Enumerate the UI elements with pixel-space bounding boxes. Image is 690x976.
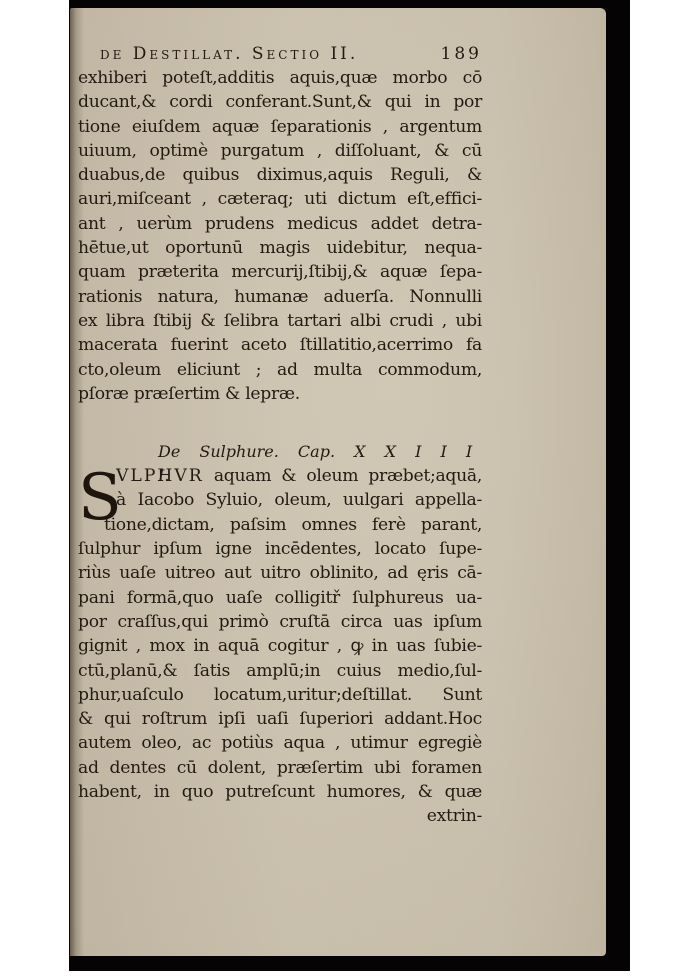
drop-cap: S: [78, 466, 122, 530]
text-line: duabus,de quibus diximus,aquis Reguli, &: [78, 163, 482, 187]
text-line: quam præterita mercurij,ſtibij,& aquæ ſe…: [78, 260, 482, 284]
text-line: macerata fuerint aceto ſtillatitio,acerr…: [78, 333, 482, 357]
text-line: auri,miſceant , cæteraq; uti dictum eſt,…: [78, 187, 482, 211]
page-header: de Destillat. Sectio II. 189: [100, 44, 482, 66]
section-gap: [78, 406, 482, 440]
text-line: rationis natura, humanæ aduerſa. Nonnull…: [78, 285, 482, 309]
text-line: & qui roſtrum ipſi uaſi ſuperiori addant…: [78, 707, 482, 731]
text-line: hētue,ut oportunū magis uidebitur, nequa…: [78, 236, 482, 260]
text-line: ſulphur ipſum igne incēdentes, locato ſu…: [78, 537, 482, 561]
text-line: ctū,planū,& ſatis amplū;in cuius medio,ſ…: [78, 659, 482, 683]
text-line: riùs uaſe uitreo aut uitro oblinito, ad …: [78, 561, 482, 585]
paragraph-2: S VLPHVR aquam & oleum præbet;aquā, à Ia…: [78, 464, 482, 828]
text-line: pſoræ præſertim & lepræ.: [78, 382, 482, 406]
text-line: autem oleo, ac potiùs aqua , utimur egre…: [78, 731, 482, 755]
text-line: VLPHVR aquam & oleum præbet;aquā,: [78, 464, 482, 488]
page-text: de Destillat. Sectio II. 189 exhiberi po…: [78, 44, 482, 829]
text-line: ant , uerùm prudens medicus addet detra-: [78, 212, 482, 236]
text-line: phur,uaſculo locatum,uritur;deſtillat. S…: [78, 683, 482, 707]
chapter-heading: De Sulphure. Cap. X X I I I I.: [78, 440, 482, 464]
text-line: tione,dictam, paſsim omnes ferè parant,: [78, 513, 482, 537]
text-line: habent, in quo putreſcunt humores, & quæ: [78, 780, 482, 804]
running-head: de Destillat. Sectio II.: [100, 44, 358, 64]
text-line: exhiberi poteſt,additis aquis,quæ morbo …: [78, 66, 482, 90]
catchword: extrin-: [78, 804, 482, 828]
chapter-title: De Sulphure.: [158, 442, 279, 461]
page-number: 189: [441, 44, 482, 64]
text-line: pani formā,quo uaſe colligitř ſulphureus…: [78, 586, 482, 610]
text-line: à Iacobo Syluio, oleum, uulgari appella-: [78, 488, 482, 512]
first-word-rest: VLPHVR: [116, 466, 204, 486]
text-line: uiuum, optimè purgatum , diſſoluant, & c…: [78, 139, 482, 163]
text-line: tione eiuſdem aquæ ſeparationis , argent…: [78, 115, 482, 139]
text-line: cto,oleum eliciunt ; ad multa commodum,: [78, 358, 482, 382]
text-line: por craſſus,qui primò cruſtā circa uas i…: [78, 610, 482, 634]
text-line: ex libra ſtibij & ſelibra tartari albi c…: [78, 309, 482, 333]
paragraph-1: exhiberi poteſt,additis aquis,quæ morbo …: [78, 66, 482, 406]
text-line: gignit , mox in aquā cogitur , ꝙ in uas …: [78, 634, 482, 658]
text-segment: aquam & oleum præbet;aquā,: [214, 466, 482, 486]
text-line: ad dentes cū dolent, præſertim ubi foram…: [78, 756, 482, 780]
text-line: ducant,& cordi conferant.Sunt,& qui in p…: [78, 90, 482, 114]
